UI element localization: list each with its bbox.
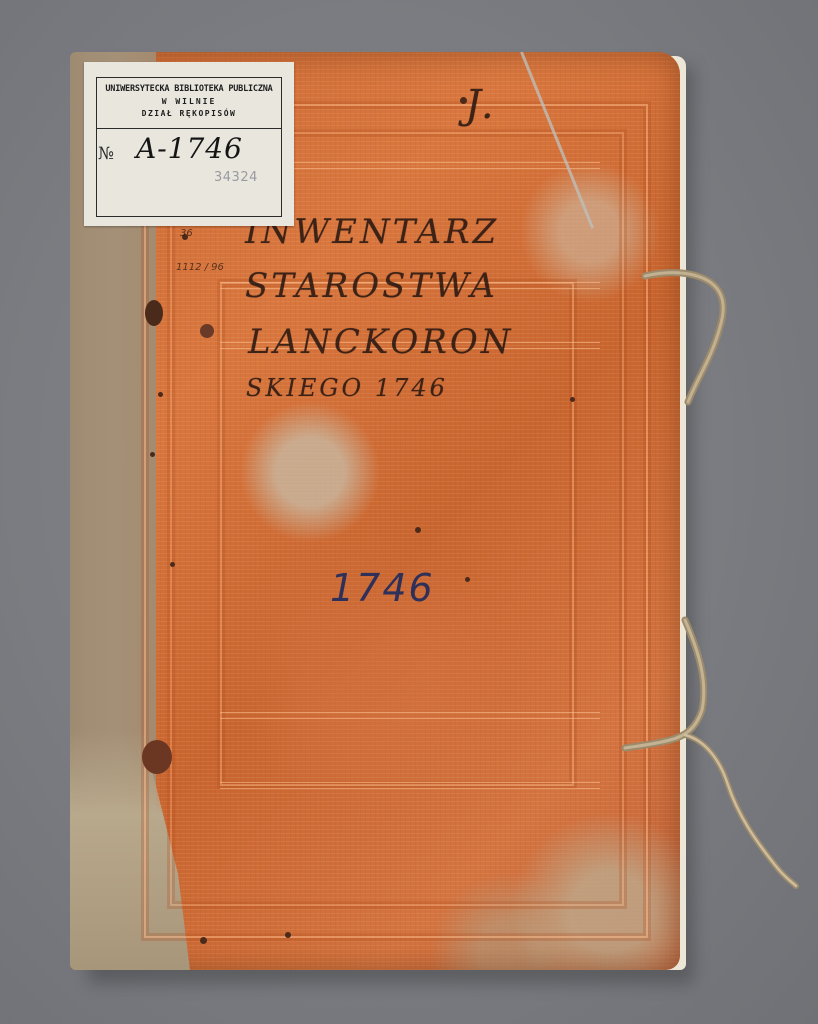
title-line-2: STAROSTWA [245,266,498,306]
title-line-4: SKIEGO 1746 [246,374,448,402]
label-header: UNIWERSYTECKA BIBLIOTEKA PUBLICZNA W WIL… [97,78,281,129]
inventory-number: 34324 [214,170,258,185]
label-department: DZIAŁ RĘKOPISÓW [97,106,281,118]
wormhole [200,937,207,944]
wormhole [170,562,175,567]
shelfmark: A-1746 [136,132,243,165]
label-city: W WILNIE [97,94,281,106]
top-inscription: J. [465,82,497,128]
number-sign: № [98,144,114,164]
stain-spot [200,324,214,338]
library-label: UNIWERSYTECKA BIBLIOTEKA PUBLICZNA W WIL… [84,62,294,226]
wormhole [415,527,421,533]
wormhole [150,452,155,457]
ruled-line [220,712,600,719]
lower-cloth-tie [620,610,810,900]
pencil-note: 36 [180,228,193,239]
pencil-note: 1112 / 96 [176,262,224,273]
title-line-3: LANCKORON [248,322,513,362]
wormhole [570,397,575,402]
stain-spot [142,740,172,774]
wormhole [158,392,163,397]
wormhole [465,577,470,582]
label-library-name: UNIWERSYTECKA BIBLIOTEKA PUBLICZNA [97,78,281,94]
ruled-line [220,782,600,789]
blue-ink-year: 1746 [330,566,435,610]
ink-stain [145,300,163,326]
upper-cloth-tie [640,262,740,412]
wormhole [285,932,291,938]
